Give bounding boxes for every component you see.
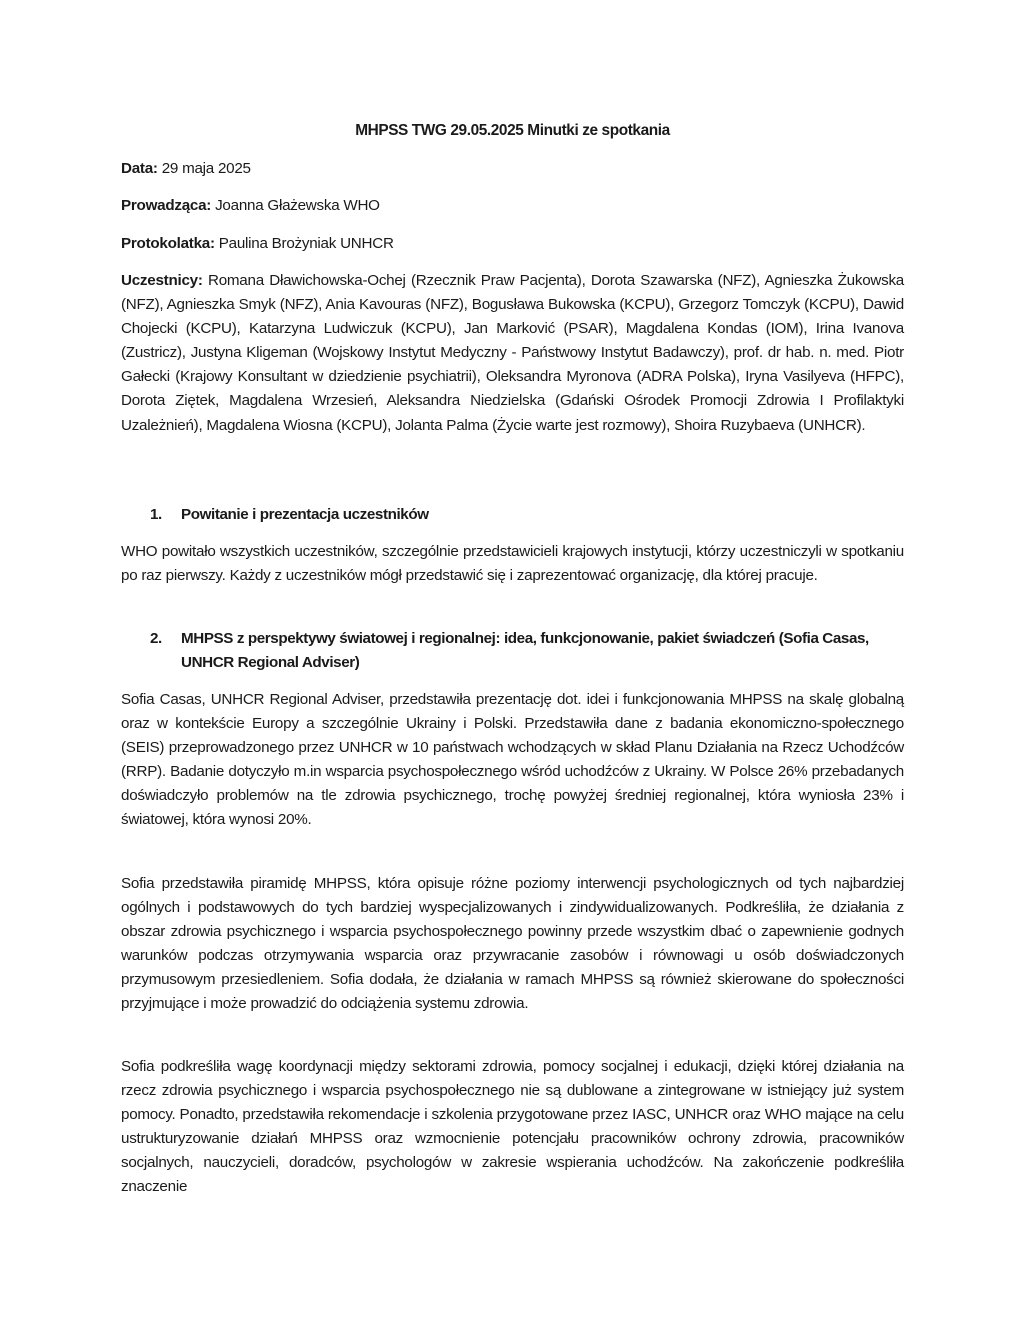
section-1-title: Powitanie i prezentacja uczestników	[181, 503, 910, 527]
section-2-paragraph-2: Sofia przedstawiła piramidę MHPSS, która…	[121, 872, 904, 1017]
section-1-number: 1.	[150, 503, 162, 527]
meta-date-label: Data:	[121, 160, 158, 177]
section-1-paragraph-1: WHO powitało wszystkich uczestników, szc…	[121, 540, 904, 588]
section-2-heading: 2. MHPSS z perspektywy światowej i regio…	[150, 627, 910, 675]
section-1-heading: 1. Powitanie i prezentacja uczestników	[150, 503, 910, 527]
meta-host-label: Prowadząca:	[121, 197, 211, 214]
participants-paragraph: Uczestnicy: Romana Dławichowska-Ochej (R…	[121, 269, 904, 438]
participants-label: Uczestnicy:	[121, 272, 203, 289]
section-2-paragraph-1: Sofia Casas, UNHCR Regional Adviser, prz…	[121, 688, 904, 833]
meta-recorder-value: Paulina Brożyniak UNHCR	[215, 235, 394, 252]
meta-date-value: 29 maja 2025	[158, 160, 251, 177]
section-2-title: MHPSS z perspektywy światowej i regional…	[181, 627, 910, 675]
section-2-paragraph-3: Sofia podkreśliła wagę koordynacji międz…	[121, 1055, 904, 1200]
meta-date: Data: 29 maja 2025	[121, 160, 251, 177]
document-title: MHPSS TWG 29.05.2025 Minutki ze spotkani…	[121, 122, 904, 140]
meta-recorder-label: Protokolatka:	[121, 235, 215, 252]
section-2-number: 2.	[150, 627, 162, 651]
meta-host: Prowadząca: Joanna Głażewska WHO	[121, 197, 380, 214]
participants-value: Romana Dławichowska-Ochej (Rzecznik Praw…	[121, 272, 904, 434]
meta-host-value: Joanna Głażewska WHO	[211, 197, 380, 214]
meta-recorder: Protokolatka: Paulina Brożyniak UNHCR	[121, 235, 394, 252]
